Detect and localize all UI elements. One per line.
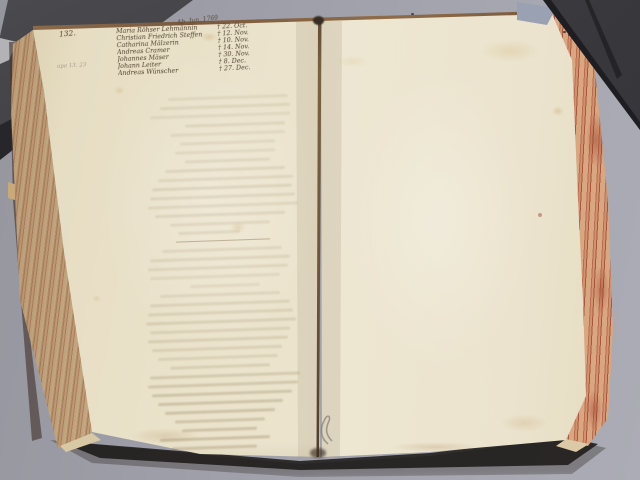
paper-stain — [552, 106, 564, 116]
paper-stain — [390, 442, 480, 452]
paper-stain — [335, 55, 369, 68]
paper-stain — [480, 40, 540, 62]
page-number: 132. — [59, 28, 76, 38]
paper-stain — [500, 414, 548, 432]
gutter-shadow-bottom — [310, 448, 326, 458]
gutter-ink-blot-top — [313, 16, 324, 25]
photo-of-open-register-book: 132. Ab. Jun. 1769 apa 13. 23 Maria Röhs… — [0, 0, 640, 480]
paper-stain — [92, 295, 101, 302]
pencil-smudge-mark — [311, 413, 341, 449]
burial-entries-list: Maria Röhser Lehmännin † 22. Oct. Christ… — [116, 22, 259, 77]
paper-stain — [114, 86, 125, 95]
ink-speck — [411, 13, 414, 15]
red-speck — [538, 213, 542, 217]
ink-speck — [563, 31, 566, 33]
